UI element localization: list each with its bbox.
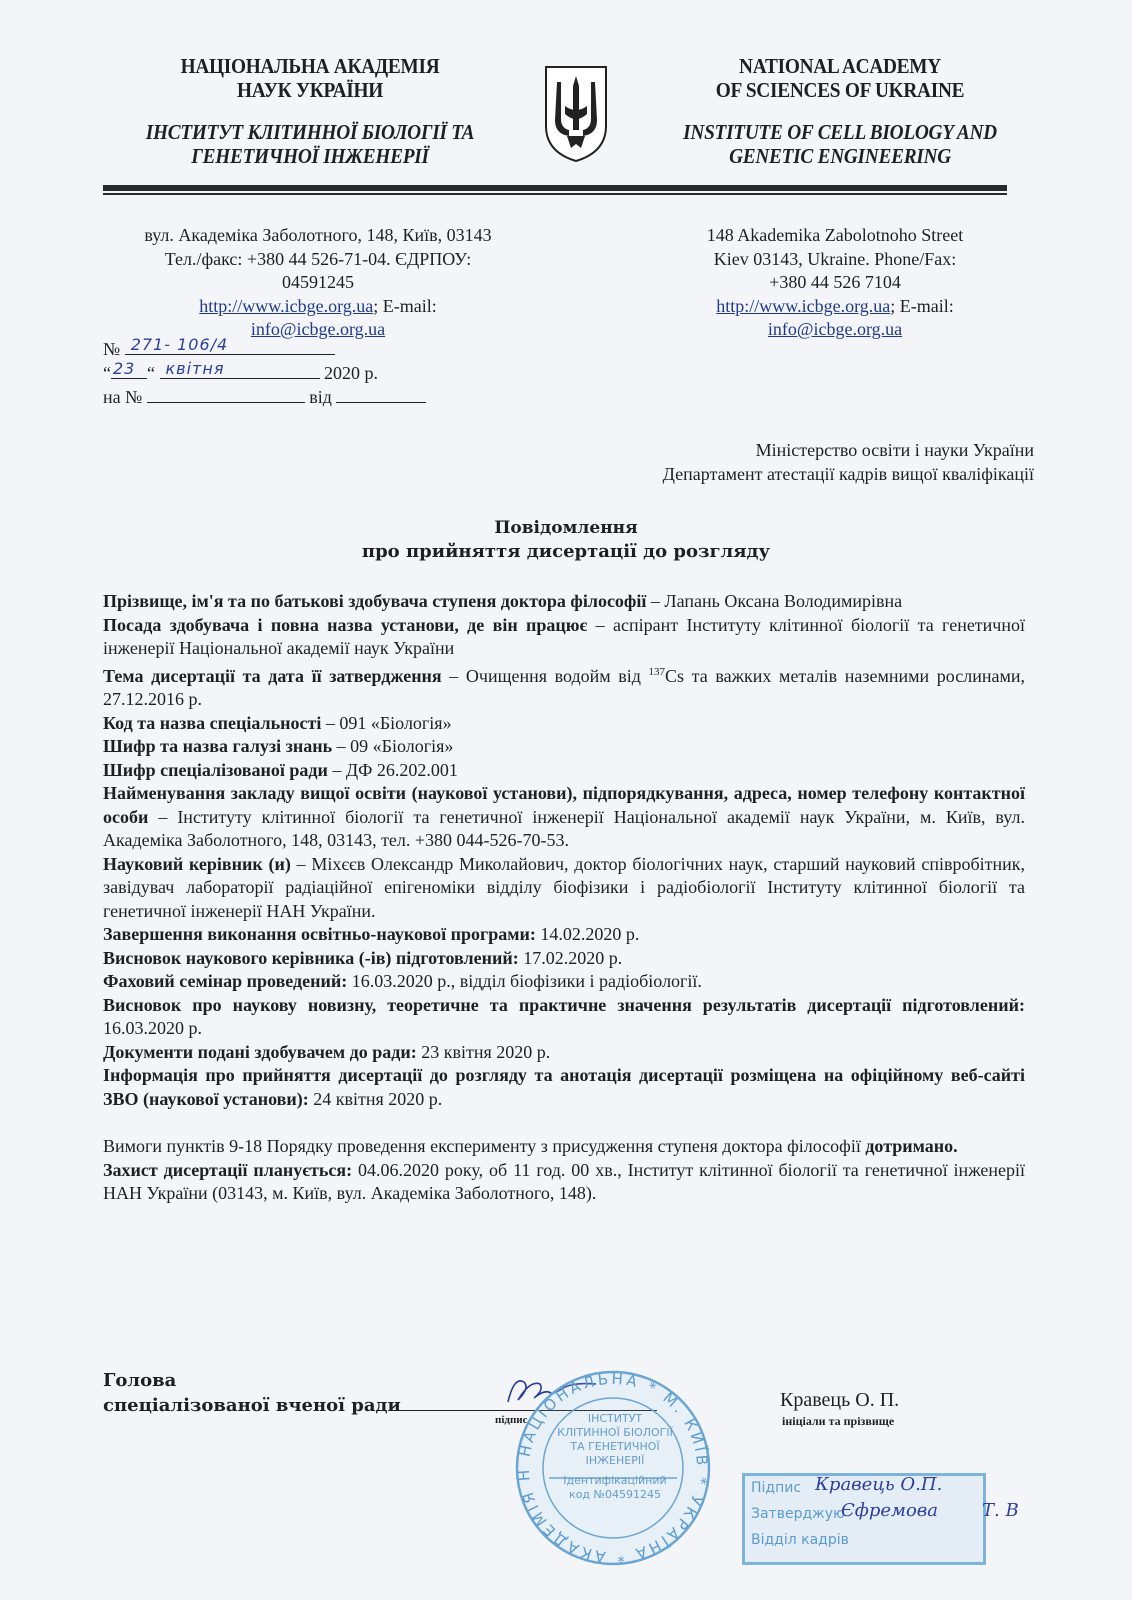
email-link-en[interactable]: info@icbge.org.ua (768, 319, 902, 339)
institute-name-en: INSTITUTE OF CELL BIOLOGY AND GENETIC EN… (656, 120, 1024, 168)
field-specialty: Код та назва спеціальності – 091 «Біолог… (103, 712, 1025, 736)
round-stamp-text: ІНСТИТУТ КЛІТИННОЇ БІОЛОГІЇ ТА ГЕНЕТИЧНО… (545, 1412, 685, 1502)
institute-name-ua: ІНСТИТУТ КЛІТИННОЇ БІОЛОГІЇ ТА ГЕНЕТИЧНО… (126, 120, 494, 168)
recipient-block: Міністерство освіти і науки України Депа… (663, 438, 1034, 486)
field-novelty-conclusion: Висновок про наукову новизну, теоретичне… (103, 994, 1025, 1041)
field-seminar: Фаховий семінар проведений: 16.03.2020 р… (103, 970, 1025, 994)
field-supervisor-conclusion: Висновок наукового керівника (-ів) підго… (103, 947, 1025, 971)
document-body: Прізвище, ім'я та по батькові здобувача … (103, 590, 1025, 1206)
name-caption: ініціали та прізвище (782, 1414, 894, 1429)
address-block-ua: вул. Академіка Заболотного, 148, Київ, 0… (98, 224, 538, 342)
field-supervisor: Науковий керівник (и) – Міхєєв Олександр… (103, 853, 1025, 924)
date-row: “23“ квітня 2020 р. (103, 360, 426, 384)
field-program-completion: Завершення виконання освітньо-наукової п… (103, 923, 1025, 947)
header-divider-thick (103, 185, 1007, 191)
reference-number-field (147, 384, 305, 403)
chair-name: Кравець О. П. (780, 1389, 899, 1412)
header-left-ua: НАЦІОНАЛЬНА АКАДЕМІЯ НАУК УКРАЇНИ ІНСТИТ… (110, 54, 510, 168)
org-name-en: NATIONAL ACADEMY OF SCIENCES OF UKRAINE (656, 54, 1024, 102)
website-link-ua[interactable]: http://www.icbge.org.ua (199, 296, 373, 316)
field-knowledge-area: Шифр та назва галузі знань – 09 «Біологі… (103, 735, 1025, 759)
org-name-ua: НАЦІОНАЛЬНА АКАДЕМІЯ НАУК УКРАЇНИ (126, 54, 494, 102)
field-documents-submitted: Документи подані здобувачем до ради: 23 … (103, 1041, 1025, 1065)
reference-date-field (336, 384, 426, 403)
trident-emblem-icon (543, 64, 609, 164)
hr-stamp-initials: Т. В (982, 1500, 1019, 1521)
field-applicant-name: Прізвище, ім'я та по батькові здобувача … (103, 590, 1025, 614)
field-institution: Найменування закладу вищої освіти (науко… (103, 782, 1025, 853)
reference-row: на № від (103, 384, 426, 408)
date-month-field: квітня (160, 360, 320, 379)
defense-schedule: Захист дисертації планується: 04.06.2020… (103, 1159, 1025, 1206)
outgoing-number-row: № 271- 106/4 (103, 336, 426, 360)
field-council-code: Шифр спеціалізованої ради – ДФ 26.202.00… (103, 759, 1025, 783)
field-website-publication: Інформація про прийняття дисертації до р… (103, 1064, 1025, 1111)
website-link-en[interactable]: http://www.icbge.org.ua (716, 296, 890, 316)
registration-block: № 271- 106/4 “23“ квітня 2020 р. на № ві… (103, 336, 426, 408)
address-block-en: 148 Akademika Zabolotnoho Street Kiev 03… (650, 224, 1020, 342)
field-applicant-position: Посада здобувача і повна назва установи,… (103, 614, 1025, 661)
hr-approval-stamp: Підпис Кравець О.П. Затверджую Єфремова … (742, 1473, 986, 1565)
field-thesis-topic: Тема дисертації та дата її затвердження … (103, 661, 1025, 712)
requirements-statement: Вимоги пунктів 9-18 Порядку проведення е… (103, 1135, 1025, 1159)
header-right-en: NATIONAL ACADEMY OF SCIENCES OF UKRAINE … (640, 54, 1040, 168)
outgoing-number-field: 271- 106/4 (125, 336, 335, 355)
document-title: Повідомлення про прийняття дисертації до… (0, 516, 1132, 564)
letter-page: НАЦІОНАЛЬНА АКАДЕМІЯ НАУК УКРАЇНИ ІНСТИТ… (0, 0, 1132, 1600)
date-day-field: 23 (111, 360, 147, 379)
header-divider-thin (103, 193, 1007, 195)
chair-role: Голова спеціалізованої вченої ради (103, 1368, 401, 1418)
